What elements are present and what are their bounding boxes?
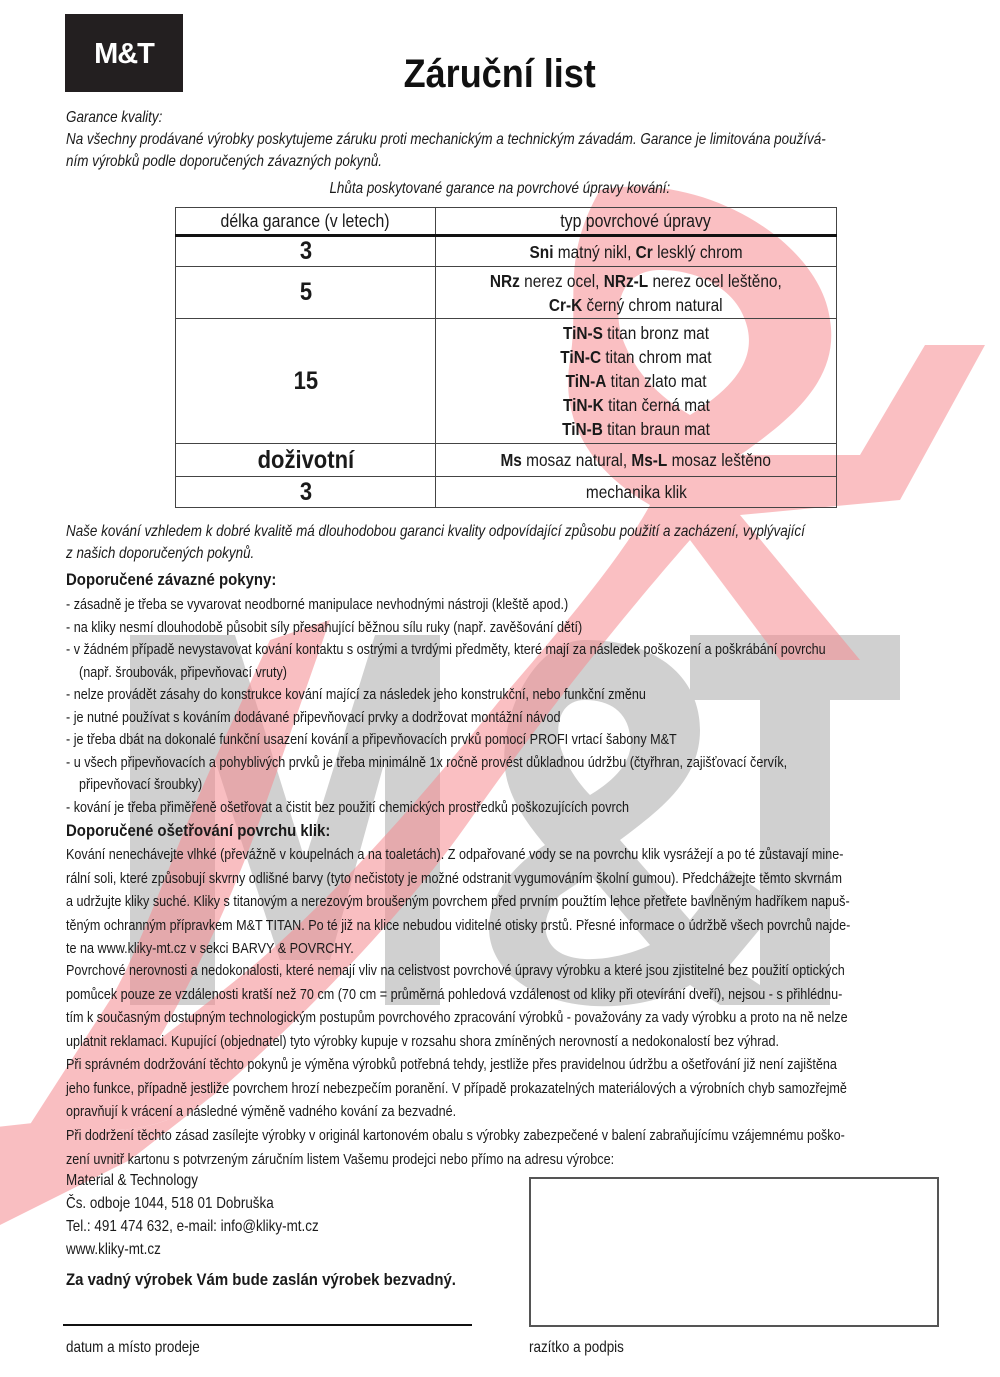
instruction-item: - kování je třeba přiměřeně ošetřovat a … — [66, 797, 736, 819]
instructions-heading: Doporučené závazné pokyny: — [66, 569, 305, 591]
date-place-label: datum a místo prodeje — [66, 1337, 225, 1359]
table-header-row: délka garance (v letech) typ povrchové ú… — [176, 208, 837, 236]
paragraph-line: a udržujte kliky suché. Kliky s titanový… — [66, 891, 999, 913]
paragraph-line: pomůcek pouze ze vzdálenosti kratší než … — [66, 984, 990, 1006]
paragraph-line: uplatnit reklamaci. Kupující (objednatel… — [66, 1031, 915, 1053]
intro-line: ním výrobků podle doporučených závazných… — [66, 151, 442, 173]
paragraph-line: Při dodržení těchto zásad zasílejte výro… — [66, 1125, 993, 1147]
instruction-item: - nelze provádět zásahy do konstrukce ko… — [66, 684, 756, 706]
years-cell: 3 — [176, 236, 436, 267]
page-title: Záruční list — [0, 52, 1000, 97]
paragraph-line: opravňují k vrácení a následné výměně va… — [66, 1101, 530, 1123]
paragraph-line: te na www.kliky-mt.cz v sekci BARVY & PO… — [66, 938, 409, 960]
surface-cell: Ms mosaz natural, Ms-L mosaz leštěno — [436, 444, 837, 477]
instruction-item: - zásadně je třeba se vyvarovat neodborn… — [66, 594, 664, 616]
surface-cell: Sni matný nikl, Cr lesklý chrom — [436, 236, 837, 267]
surface-cell: TiN-S titan bronz matTiN-C titan chrom m… — [436, 319, 837, 444]
address-web: www.kliky-mt.cz — [66, 1239, 179, 1261]
table-row: 5 NRz nerez ocel, NRz-L nerez ocel leště… — [176, 267, 837, 319]
instruction-item: (např. šroubovák, připevňovací vruty) — [79, 662, 327, 684]
promise-text: Za vadný výrobek Vám bude zaslán výrobek… — [66, 1269, 509, 1291]
stamp-signature-box — [529, 1177, 939, 1327]
instruction-item: připevňovací šroubky) — [79, 774, 226, 796]
paragraph-line: Kování nenechávejte vlhké (převážně v ko… — [66, 844, 992, 866]
paragraph-line: těným ochranným přípravkem M&T TITAN. Po… — [66, 915, 1000, 937]
header-surface-type: typ povrchové úpravy — [436, 208, 837, 236]
table-row: 3 Sni matný nikl, Cr lesklý chrom — [176, 236, 837, 267]
years-cell: doživotní — [176, 444, 436, 477]
intro-heading: Garance kvality: — [66, 107, 181, 129]
stamp-label: razítko a podpis — [529, 1337, 642, 1359]
quality-note-line: z našich doporučených pokynů. — [66, 543, 290, 565]
paragraph-line: tím k současným dostupným technologickým… — [66, 1007, 996, 1029]
table-row: doživotní Ms mosaz natural, Ms-L mosaz l… — [176, 444, 837, 477]
date-place-signature-line — [63, 1324, 472, 1326]
years-cell: 15 — [176, 319, 436, 444]
guarantee-table: délka garance (v letech) typ povrchové ú… — [175, 207, 837, 508]
paragraph-line: rální soli, které způsobují skvrny odliš… — [66, 868, 990, 890]
header-guarantee-length: délka garance (v letech) — [176, 208, 436, 236]
paragraph-line: zení uvnitř kartonu s potvrzeným záruční… — [66, 1149, 719, 1171]
instruction-item: - je nutné používat s kováním dodávané p… — [66, 707, 655, 729]
instruction-item: - je třeba dbát na dokonalé funkční usaz… — [66, 729, 793, 751]
instruction-item: - u všech připevňovacích a pohyblivých p… — [66, 752, 925, 774]
instruction-item: - na kliky nesmí dlouhodobě působit síly… — [66, 617, 681, 639]
paragraph-line: jeho funkce, případně jestliže povrchem … — [66, 1078, 996, 1100]
table-row: 3 mechanika klik — [176, 477, 837, 508]
surface-cell: NRz nerez ocel, NRz-L nerez ocel leštěno… — [436, 267, 837, 319]
table-caption: Lhůta poskytované garance na povrchové ú… — [0, 178, 1000, 200]
surface-cell: mechanika klik — [436, 477, 837, 508]
years-cell: 5 — [176, 267, 436, 319]
address-company: Material & Technology — [66, 1170, 223, 1192]
years-cell: 3 — [176, 477, 436, 508]
paragraph-line: Povrchové nerovnosti a nedokonalosti, kt… — [66, 960, 993, 982]
table-row: 15 TiN-S titan bronz matTiN-C titan chro… — [176, 319, 837, 444]
care-heading: Doporučené ošetřování povrchu klik: — [66, 820, 366, 842]
quality-note-line: Naše kování vzhledem k dobré kvalitě má … — [66, 521, 946, 543]
address-street: Čs. odboje 1044, 518 01 Dobruška — [66, 1193, 313, 1215]
address-contact: Tel.: 491 474 632, e-mail: info@kliky-mt… — [66, 1216, 367, 1238]
instruction-item: - v žádném případě nevystavovat kování k… — [66, 639, 970, 661]
intro-line: Na všechny prodávané výrobky poskytujeme… — [66, 129, 970, 151]
paragraph-line: Při správném dodržování těchto pokynů je… — [66, 1054, 984, 1076]
